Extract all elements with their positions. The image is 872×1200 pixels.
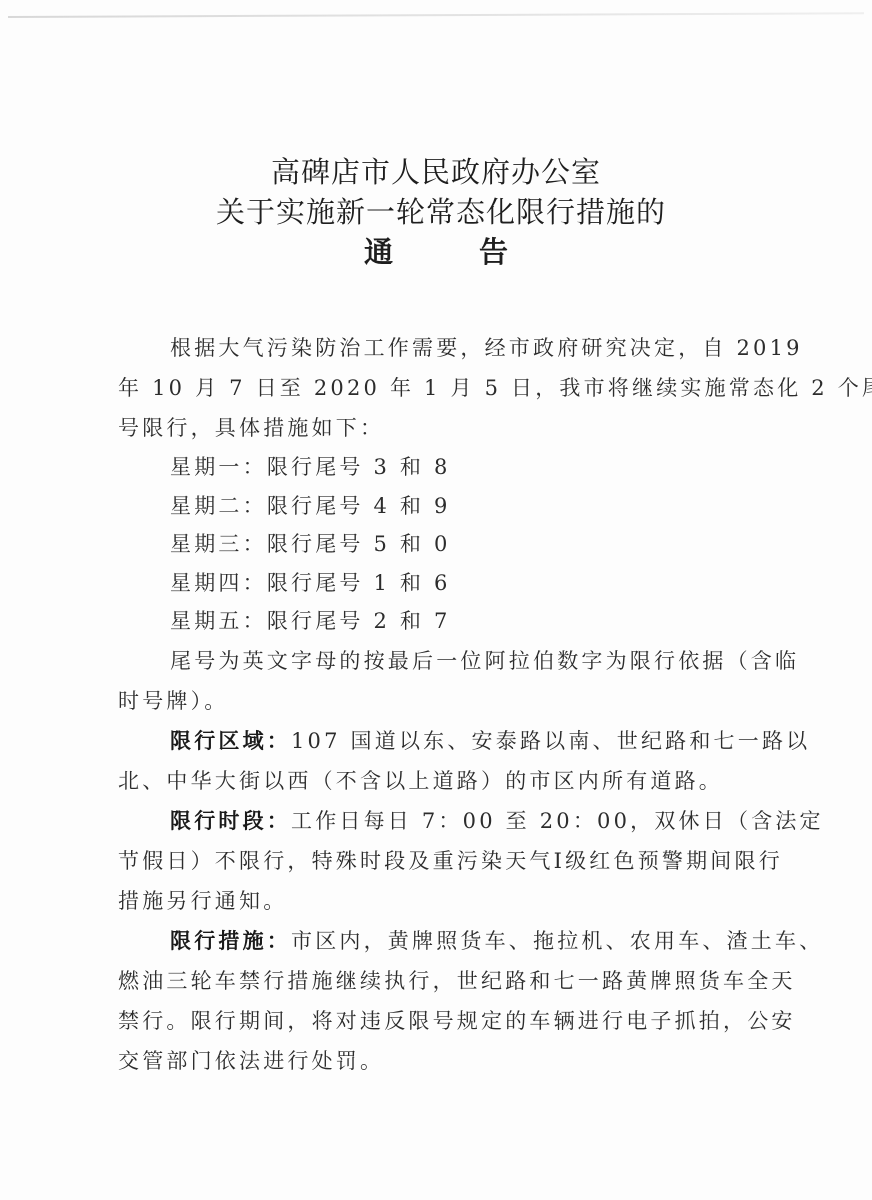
paragraph-line: 尾号为英文字母的按最后一位阿拉伯数字为限行依据（含临 [118, 641, 768, 681]
scanned-page: 高碑店市人民政府办公室 关于实施新一轮常态化限行措施的 通告 根据大气污染防治工… [0, 0, 872, 1200]
schedule-rule: 限行尾号 4 和 9 [267, 494, 451, 518]
section-label-measures: 限行措施： [170, 929, 291, 953]
schedule-item: 星期一：限行尾号 3 和 8 [118, 448, 768, 487]
title-notice: 通告 [0, 232, 872, 272]
intro-line: 根据大气污染防治工作需要，经市政府研究决定，自 2019 [118, 328, 768, 368]
schedule-day: 星期四 [170, 571, 243, 595]
paragraph-line: 限行时段：工作日每日 7：00 至 20：00，双休日（含法定 [118, 801, 768, 841]
restriction-schedule: 星期一：限行尾号 3 和 8 星期二：限行尾号 4 和 9 星期三：限行尾号 5… [118, 448, 768, 641]
section-label-area: 限行区域： [170, 729, 291, 753]
restricted-area-section: 限行区域：107 国道以东、安泰路以南、世纪路和七一路以 北、中华大街以西（不含… [118, 721, 768, 801]
title-subject: 关于实施新一轮常态化限行措施的 [10, 192, 872, 232]
schedule-rule: 限行尾号 2 和 7 [267, 609, 451, 633]
paragraph-line: 禁行。限行期间，将对违反限号规定的车辆进行电子抓拍，公安 [118, 1001, 768, 1041]
title-notice-char-1: 通 [364, 232, 393, 272]
title-notice-char-2: 告 [479, 232, 508, 272]
schedule-day: 星期一 [170, 455, 243, 479]
schedule-item: 星期四：限行尾号 1 和 6 [118, 564, 768, 603]
paragraph-line: 节假日）不限行，特殊时段及重污染天气Ⅰ级红色预警期间限行 [118, 841, 768, 881]
restriction-measures-section: 限行措施：市区内，黄牌照货车、拖拉机、农用车、渣土车、 燃油三轮车禁行措施继续执… [118, 921, 768, 1081]
schedule-rule: 限行尾号 1 和 6 [267, 571, 451, 595]
paragraph-line: 限行措施：市区内，黄牌照货车、拖拉机、农用车、渣土车、 [118, 921, 768, 961]
schedule-item: 星期五：限行尾号 2 和 7 [118, 602, 768, 641]
document-body: 根据大气污染防治工作需要，经市政府研究决定，自 2019 年 10 月 7 日至… [118, 328, 768, 1081]
schedule-rule: 限行尾号 5 和 0 [267, 532, 451, 556]
paragraph-line: 措施另行通知。 [118, 881, 768, 921]
schedule-day: 星期五 [170, 609, 243, 633]
paragraph-line: 限行区域：107 国道以东、安泰路以南、世纪路和七一路以 [118, 721, 768, 761]
intro-line: 年 10 月 7 日至 2020 年 1 月 5 日，我市将继续实施常态化 2 … [118, 368, 768, 408]
restricted-period-section: 限行时段：工作日每日 7：00 至 20：00，双休日（含法定 节假日）不限行，… [118, 801, 768, 921]
intro-line: 号限行，具体措施如下： [118, 408, 768, 448]
schedule-day: 星期三 [170, 532, 243, 556]
letter-plate-rule: 尾号为英文字母的按最后一位阿拉伯数字为限行依据（含临 时号牌）。 [118, 641, 768, 721]
title-issuer: 高碑店市人民政府办公室 [0, 152, 872, 192]
paragraph-line: 时号牌）。 [118, 681, 768, 721]
paragraph-line: 燃油三轮车禁行措施继续执行，世纪路和七一路黄牌照货车全天 [118, 961, 768, 1001]
section-label-period: 限行时段： [170, 809, 291, 833]
scan-edge-line [8, 12, 864, 18]
schedule-rule: 限行尾号 3 和 8 [267, 455, 451, 479]
intro-paragraph: 根据大气污染防治工作需要，经市政府研究决定，自 2019 年 10 月 7 日至… [118, 328, 768, 448]
document-title: 高碑店市人民政府办公室 关于实施新一轮常态化限行措施的 通告 [0, 152, 872, 272]
schedule-item: 星期三：限行尾号 5 和 0 [118, 525, 768, 564]
paragraph-line: 交管部门依法进行处罚。 [118, 1041, 768, 1081]
paragraph-line: 北、中华大街以西（不含以上道路）的市区内所有道路。 [118, 761, 768, 801]
schedule-day: 星期二 [170, 494, 243, 518]
schedule-item: 星期二：限行尾号 4 和 9 [118, 487, 768, 526]
